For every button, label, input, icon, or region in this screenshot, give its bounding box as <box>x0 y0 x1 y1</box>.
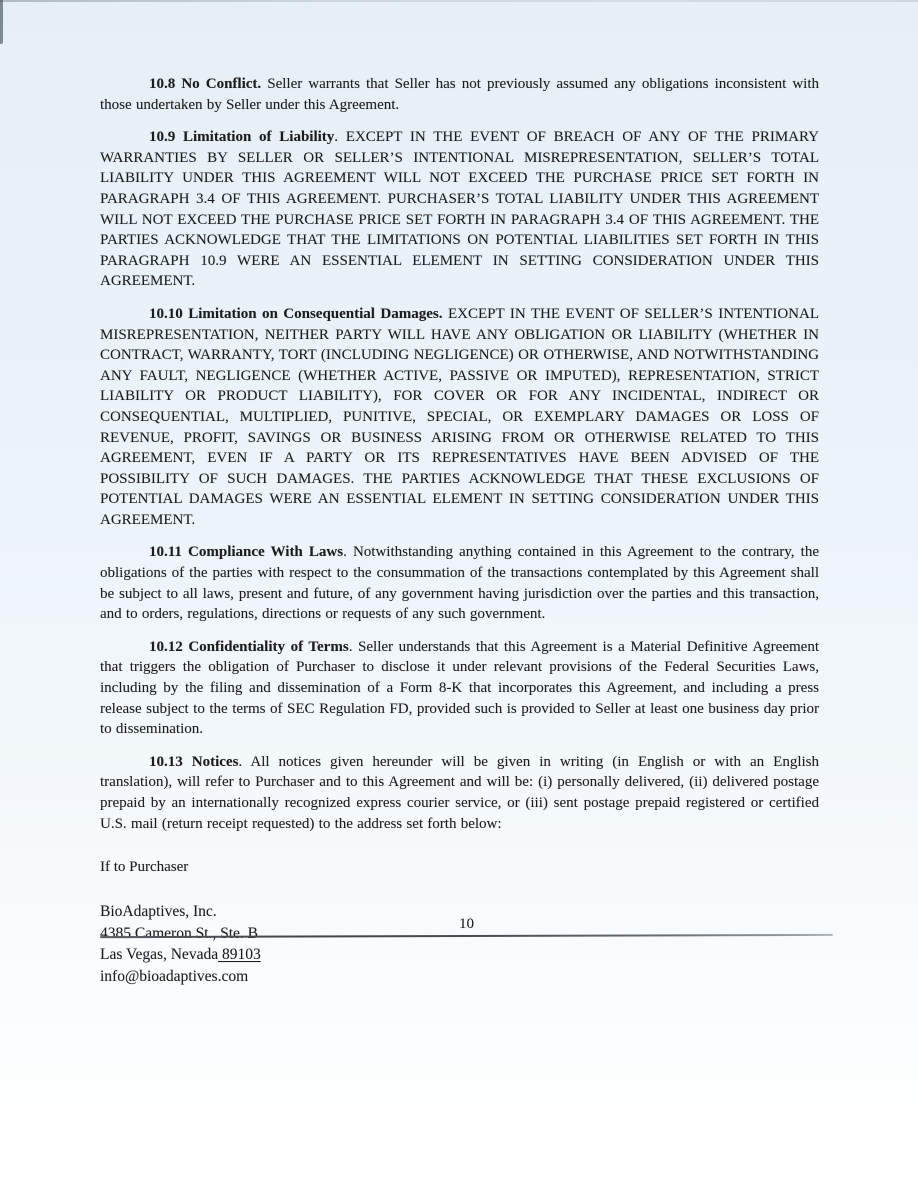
purchaser-address-block: BioAdaptives, Inc. 4385 Cameron St., Ste… <box>100 901 819 988</box>
section-10-10: 10.10 Limitation on Consequential Damage… <box>100 304 819 531</box>
section-10-12: 10.12 Confidentiality of Terms. Seller u… <box>100 637 819 740</box>
section-10-8-heading: 10.8 No Conflict. <box>149 76 261 92</box>
section-10-13-heading: 10.13 Notices <box>149 754 238 770</box>
address-city-line: Las Vegas, Nevada 89103 <box>100 944 819 966</box>
page-footer: 10 <box>100 915 833 937</box>
scan-edge-top <box>0 0 918 2</box>
address-city: Las Vegas, Nevada <box>100 946 218 963</box>
section-10-11: 10.11 Compliance With Laws. Notwithstand… <box>100 542 819 624</box>
section-10-9: 10.9 Limitation of Liability. EXCEPT IN … <box>100 127 819 292</box>
section-10-10-heading: 10.10 Limitation on Consequential Damage… <box>149 306 443 322</box>
scan-edge-artifact <box>0 0 3 44</box>
document-body: 10.8 No Conflict. Seller warrants that S… <box>100 74 819 988</box>
section-10-11-heading: 10.11 Compliance With Laws <box>149 544 343 560</box>
section-10-13: 10.13 Notices. All notices given hereund… <box>100 752 819 834</box>
address-email: info@bioadaptives.com <box>100 966 819 988</box>
notice-intro: If to Purchaser <box>100 857 819 878</box>
section-10-12-heading: 10.12 Confidentiality of Terms <box>149 639 349 655</box>
section-10-8: 10.8 No Conflict. Seller warrants that S… <box>100 74 819 115</box>
address-zip: 89103 <box>218 946 261 963</box>
section-10-9-body: . EXCEPT IN THE EVENT OF BREACH OF ANY O… <box>100 129 819 289</box>
scanned-contract-page: 10.8 No Conflict. Seller warrants that S… <box>0 0 918 1188</box>
page-number: 10 <box>459 915 474 933</box>
section-10-9-heading: 10.9 Limitation of Liability <box>149 129 334 145</box>
section-10-10-body: EXCEPT IN THE EVENT OF SELLER’S INTENTIO… <box>100 306 819 528</box>
